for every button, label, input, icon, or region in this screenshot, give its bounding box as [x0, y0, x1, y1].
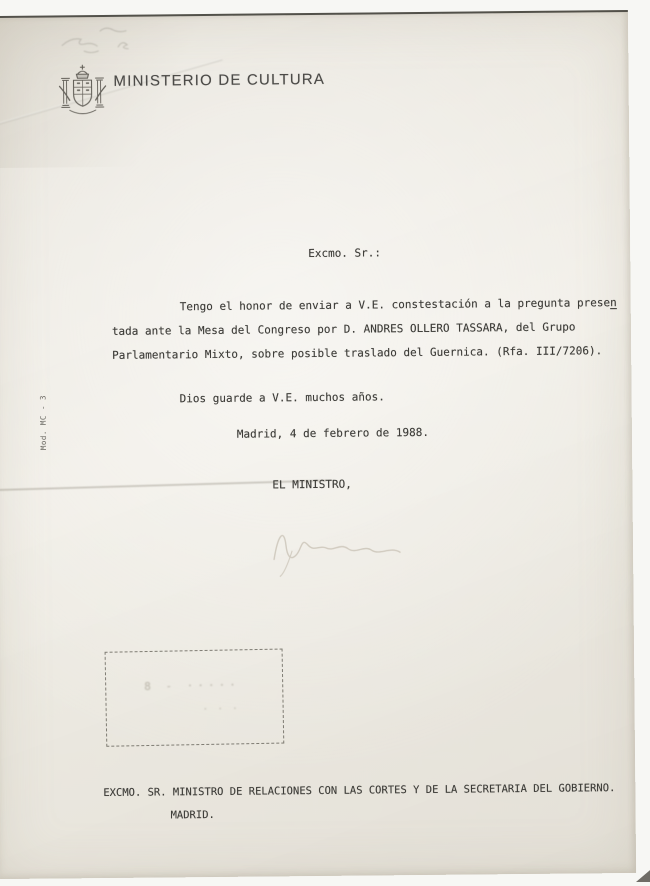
dateline: Madrid, 4 de febrero de 1988.	[237, 426, 429, 442]
addressee-line-1: EXCMO. SR. MINISTRO DE RELACIONES CON LA…	[103, 781, 615, 800]
registry-stamp: 8 - ····· · · ·	[105, 649, 285, 747]
registry-stamp-text-2: · · ·	[203, 704, 240, 715]
ministry-name: MINISTERIO DE CULTURA	[113, 71, 325, 90]
salutation: Excmo. Sr.:	[308, 246, 381, 261]
spain-coat-of-arms-icon	[53, 64, 112, 121]
minister-signature	[266, 514, 427, 582]
addressee-line-2: MADRID.	[170, 808, 214, 822]
body-line-2: tada ante la Mesa del Congreso por D. AN…	[112, 320, 576, 338]
paper-shading	[0, 15, 313, 168]
form-code: Mod. MC - 3	[38, 393, 51, 453]
body-line-1-hyphen-mark: n	[610, 296, 617, 309]
body-line-1-text: Tengo el honor de enviar a V.E. constest…	[180, 296, 611, 313]
registry-stamp-text-1: 8 - ·····	[144, 678, 240, 693]
letter-paper: MINISTERIO DE CULTURA Mod. MC - 3 Excmo.…	[0, 10, 636, 879]
scan-background: MINISTERIO DE CULTURA Mod. MC - 3 Excmo.…	[0, 0, 650, 886]
body-line-3: Parlamentario Mixto, sobre posible trasl…	[112, 344, 602, 363]
signer-title: EL MINISTRO,	[272, 478, 352, 493]
pencil-annotation	[54, 17, 146, 62]
body-line-1: Tengo el honor de enviar a V.E. constest…	[180, 296, 617, 314]
farewell-line: Dios guarde a V.E. muchos años.	[179, 390, 384, 406]
